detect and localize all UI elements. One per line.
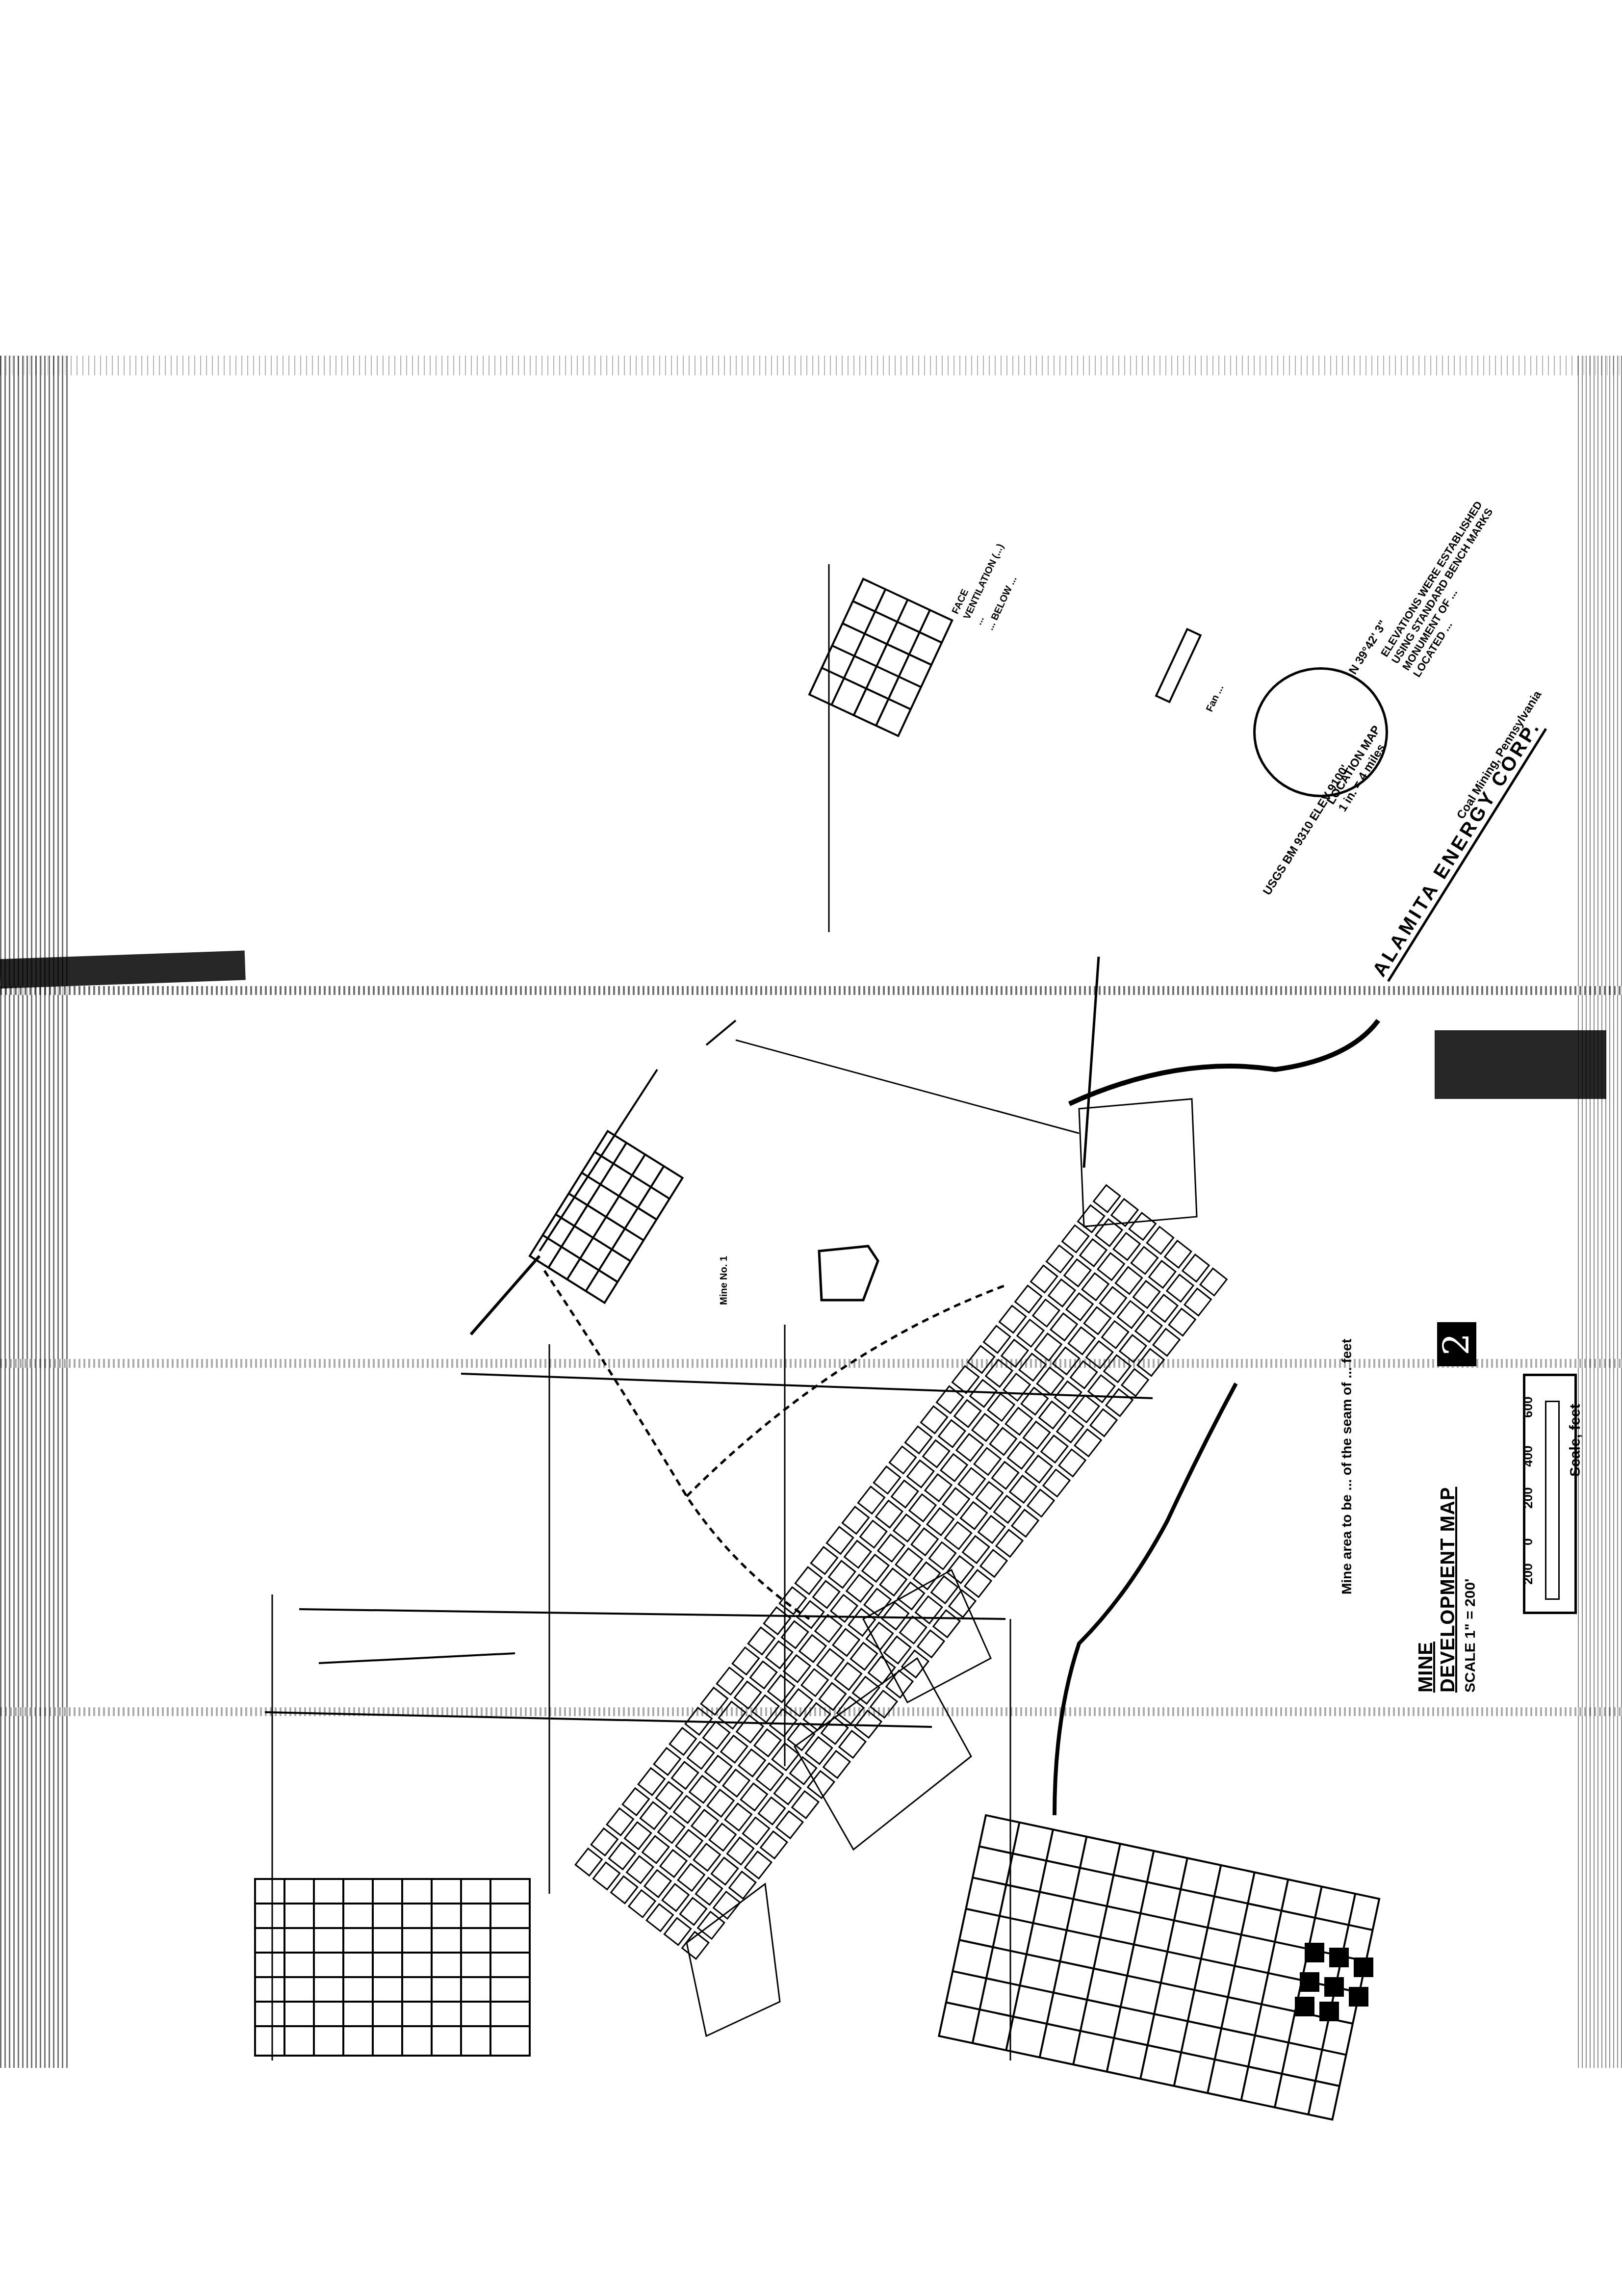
map-title: MINE DEVELOPMENT MAP — [1415, 1486, 1459, 1693]
scale-tick: 200 — [1520, 1487, 1536, 1509]
street-grid — [575, 1185, 1227, 1959]
scale-tick: 400 — [1520, 1446, 1536, 1467]
legend-dark-patch — [1435, 1030, 1606, 1099]
map-title-block: MINE DEVELOPMENT MAP SCALE 1" = 200' — [1415, 1486, 1479, 1693]
mine-label: Mine No. 1 — [719, 1256, 730, 1305]
scale-label: Scale, feet — [1567, 1404, 1584, 1477]
scale-tick: 600 — [1520, 1397, 1536, 1418]
sheet-number: 2 — [1437, 1322, 1476, 1366]
vertical-note: Mine area to be ... of the seam of ... f… — [1339, 1339, 1355, 1594]
scale-tick: 200 — [1520, 1564, 1536, 1585]
scale-ticks: 200 0 200 400 600 — [1520, 1388, 1540, 1599]
scale-tick: 0 — [1520, 1539, 1536, 1545]
map-drawing — [0, 0, 1622, 2296]
scale-bar — [1545, 1401, 1560, 1600]
map-scale-text: SCALE 1" = 200' — [1462, 1486, 1479, 1693]
